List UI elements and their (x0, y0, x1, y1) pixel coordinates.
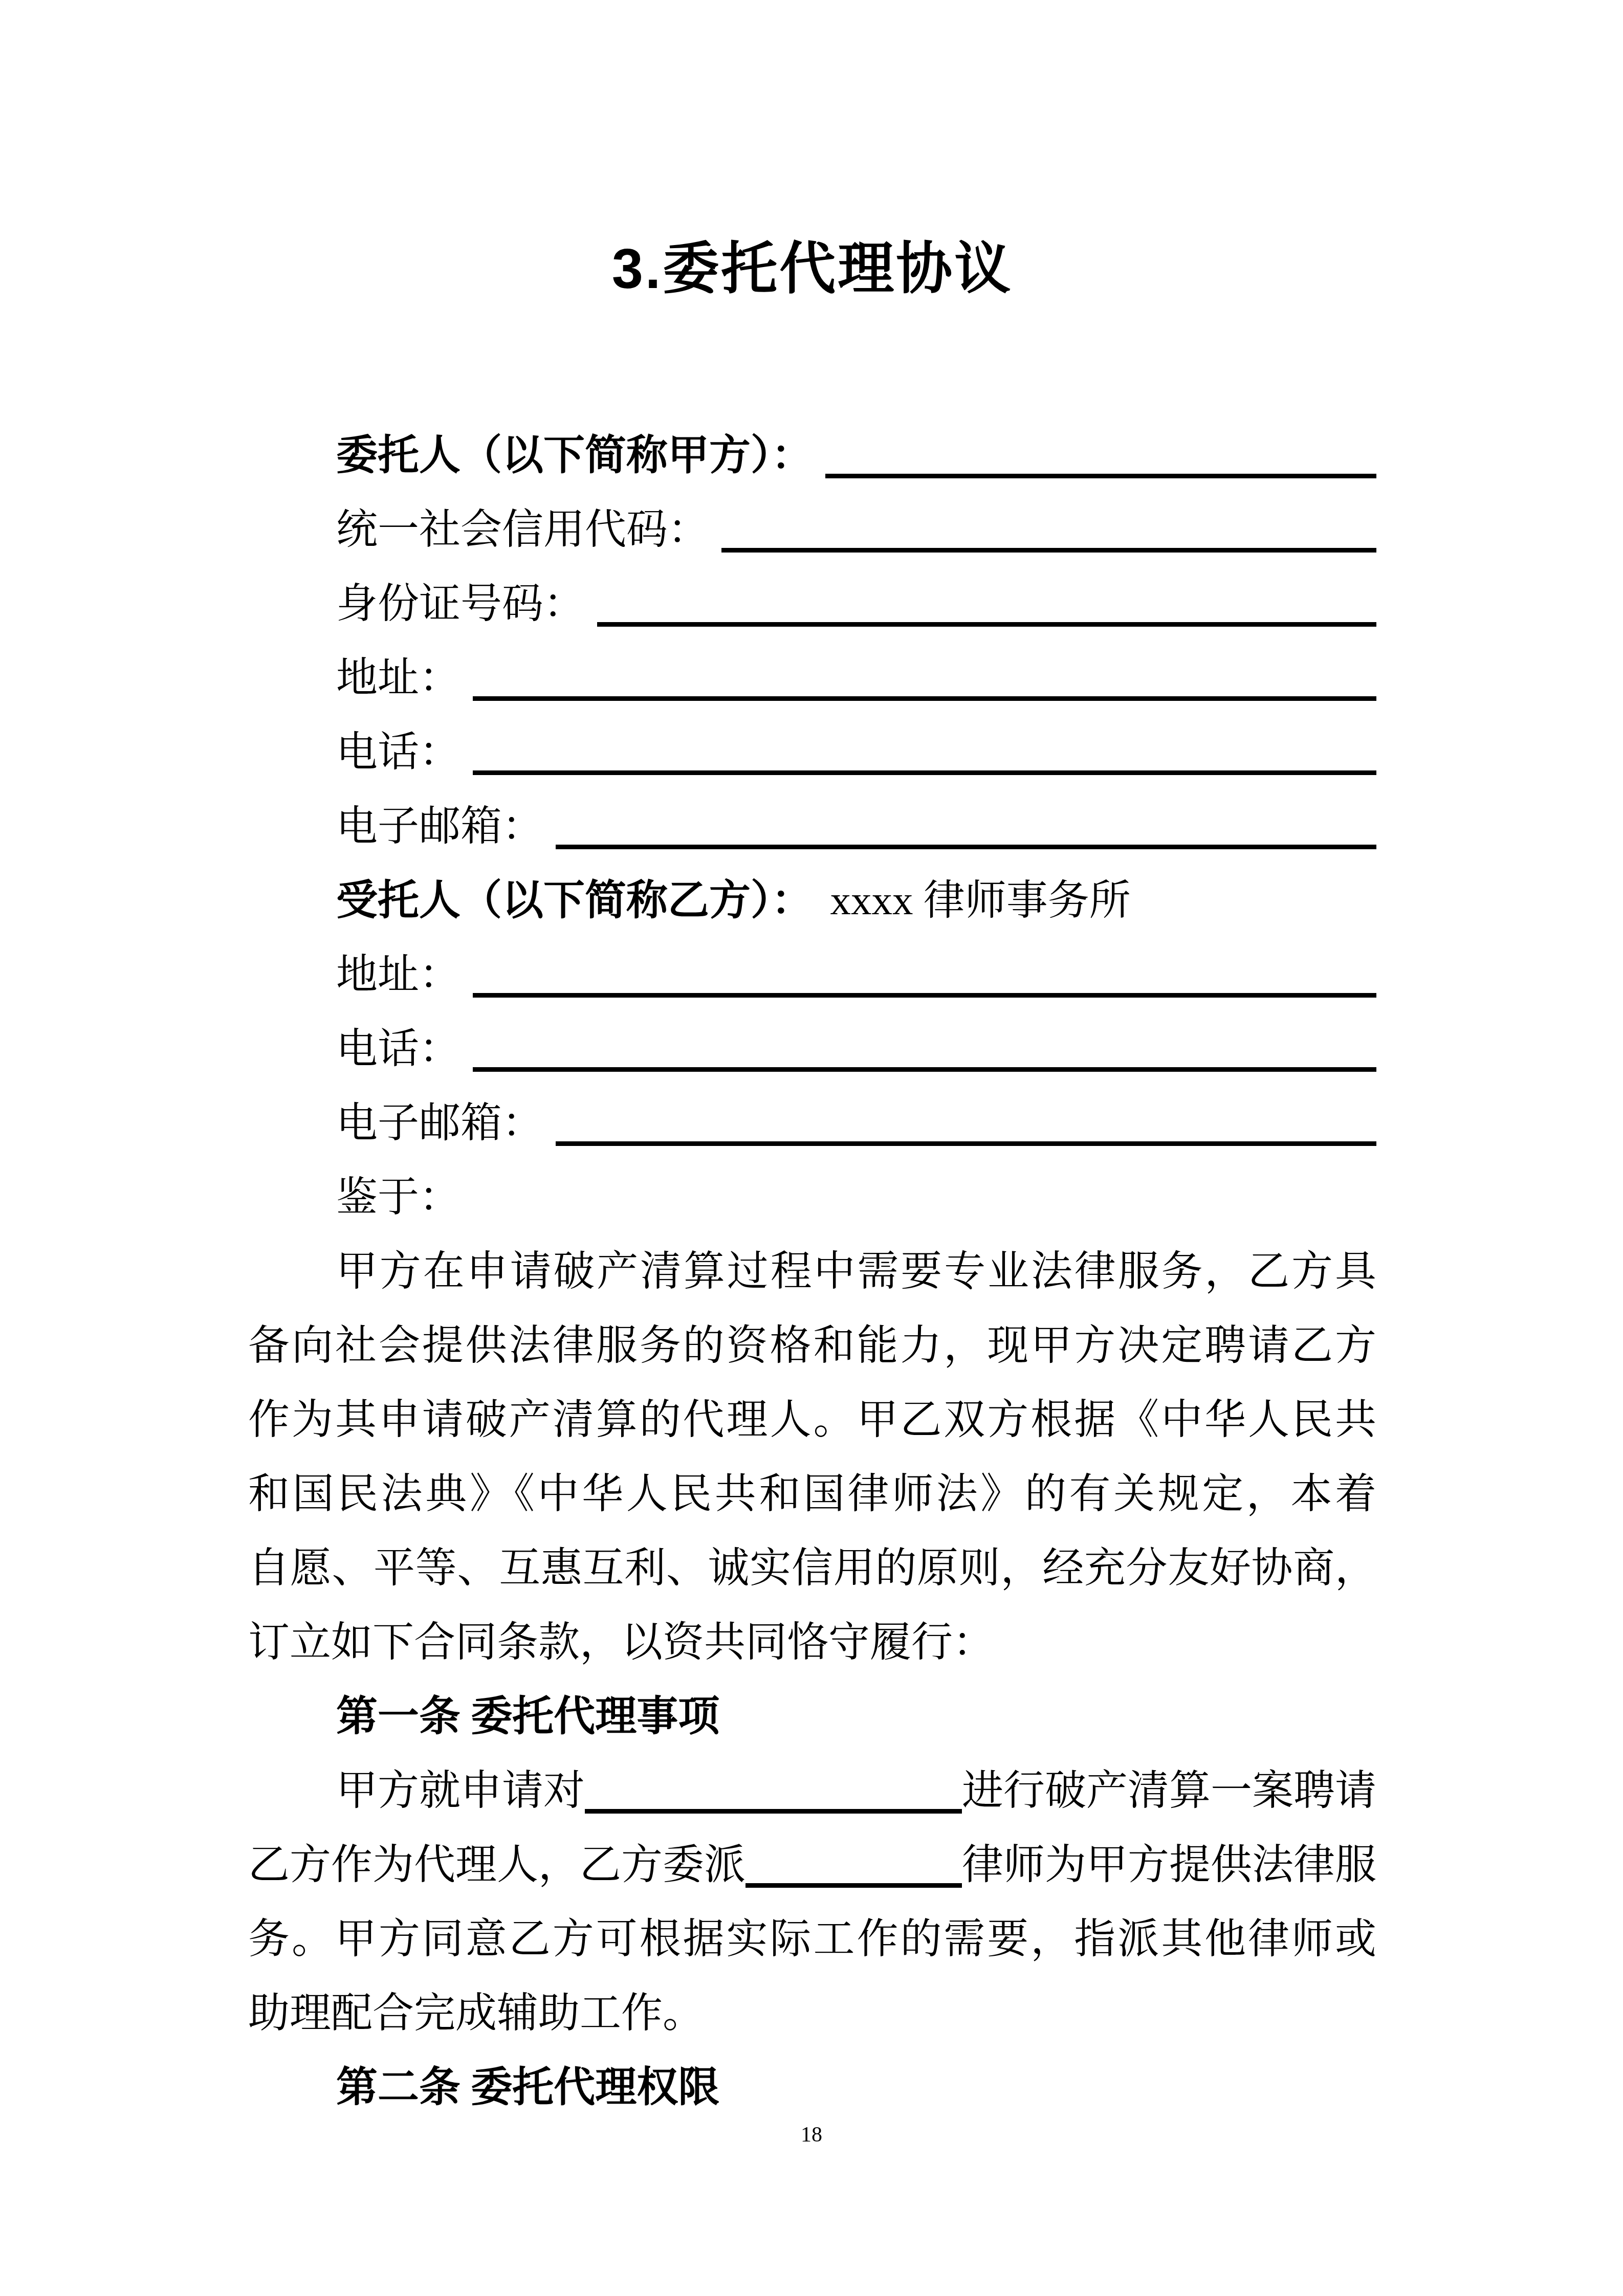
recital-line: 和国民法典》《中华人民共和国律师法》的有关规定，本着 (248, 1457, 1376, 1531)
article-2-heading: 第二条 委托代理权限 (248, 2050, 1376, 2125)
credit-code-label: 统一社会信用代码： (336, 493, 709, 567)
party-a-phone-row: 电话： (248, 715, 1376, 789)
phone-label: 电话： (336, 715, 460, 789)
party-a-label: 委托人（以下简称甲方）： (336, 418, 813, 493)
address-label: 地址： (336, 641, 460, 715)
party-b-address-blank-line[interactable] (473, 993, 1376, 998)
phone-label: 电话： (336, 1012, 460, 1086)
lawyer-name-blank-line[interactable] (745, 1883, 962, 1888)
target-company-blank-line[interactable] (585, 1809, 962, 1814)
article-1-line-2: 乙方作为代理人，乙方委派 律师为甲方提供法律服 (248, 1828, 1376, 1902)
document-page: 3.委托代理协议 委托人（以下简称甲方）： 统一社会信用代码： 身份证号码： 地… (0, 0, 1623, 2296)
clause-text: 进行破产清算一案聘请 (962, 1754, 1376, 1828)
article-1-line-4: 助理配合完成辅助工作。 (248, 1976, 1376, 2050)
recital-line: 作为其申请破产清算的代理人。甲乙双方根据《中华人民共 (248, 1383, 1376, 1457)
clause-text: 乙方作为代理人，乙方委派 (248, 1828, 745, 1902)
recital-line: 备向社会提供法律服务的资格和能力，现甲方决定聘请乙方 (248, 1309, 1376, 1383)
article-1-line-3: 务。甲方同意乙方可根据实际工作的需要，指派其他律师或 (248, 1902, 1376, 1976)
party-b-phone-row: 电话： (248, 1012, 1376, 1086)
party-a-id-number-row: 身份证号码： (248, 567, 1376, 641)
party-a-credit-code-row: 统一社会信用代码： (248, 493, 1376, 567)
article-1-line-1: 甲方就申请对 进行破产清算一案聘请 (248, 1754, 1376, 1828)
party-a-phone-blank-line[interactable] (473, 770, 1376, 775)
article-1-heading: 第一条 委托代理事项 (248, 1680, 1376, 1754)
recital-line: 甲方在申请破产清算过程中需要专业法律服务，乙方具 (248, 1234, 1376, 1309)
party-a-email-blank-line[interactable] (556, 845, 1376, 849)
id-number-blank-line[interactable] (597, 622, 1376, 627)
party-a-name-blank-line[interactable] (825, 474, 1376, 478)
clause-text: 甲方就申请对 (336, 1754, 585, 1828)
party-b-address-row: 地址： (248, 938, 1376, 1012)
party-a-name-row: 委托人（以下简称甲方）： (248, 418, 1376, 493)
page-number: 18 (0, 2122, 1623, 2148)
page-title: 3.委托代理协议 (248, 231, 1376, 307)
party-b-name-row: 受托人（以下简称乙方）： xxxx 律师事务所 (248, 864, 1376, 938)
credit-code-blank-line[interactable] (721, 548, 1376, 553)
address-label: 地址： (336, 938, 460, 1012)
recital-line: 订立如下合同条款，以资共同恪守履行： (248, 1605, 1376, 1680)
email-label: 电子邮箱： (336, 789, 543, 864)
recital-line: 自愿、平等、互惠互利、诚实信用的原则，经充分友好协商， (248, 1531, 1376, 1605)
id-number-label: 身份证号码： (336, 567, 585, 641)
party-a-email-row: 电子邮箱： (248, 789, 1376, 864)
party-a-address-blank-line[interactable] (473, 696, 1376, 701)
party-a-address-row: 地址： (248, 641, 1376, 715)
party-b-phone-blank-line[interactable] (473, 1067, 1376, 1072)
email-label: 电子邮箱： (336, 1086, 543, 1160)
party-b-label: 受托人（以下简称乙方）： (336, 864, 813, 938)
document-body: 委托人（以下简称甲方）： 统一社会信用代码： 身份证号码： 地址： 电话： 电子… (248, 418, 1376, 2125)
whereas-label: 鉴于： (248, 1160, 1376, 1234)
party-b-name-value: xxxx 律师事务所 (830, 864, 1131, 938)
party-b-email-blank-line[interactable] (556, 1141, 1376, 1146)
party-b-email-row: 电子邮箱： (248, 1086, 1376, 1160)
clause-text: 律师为甲方提供法律服 (962, 1828, 1376, 1902)
